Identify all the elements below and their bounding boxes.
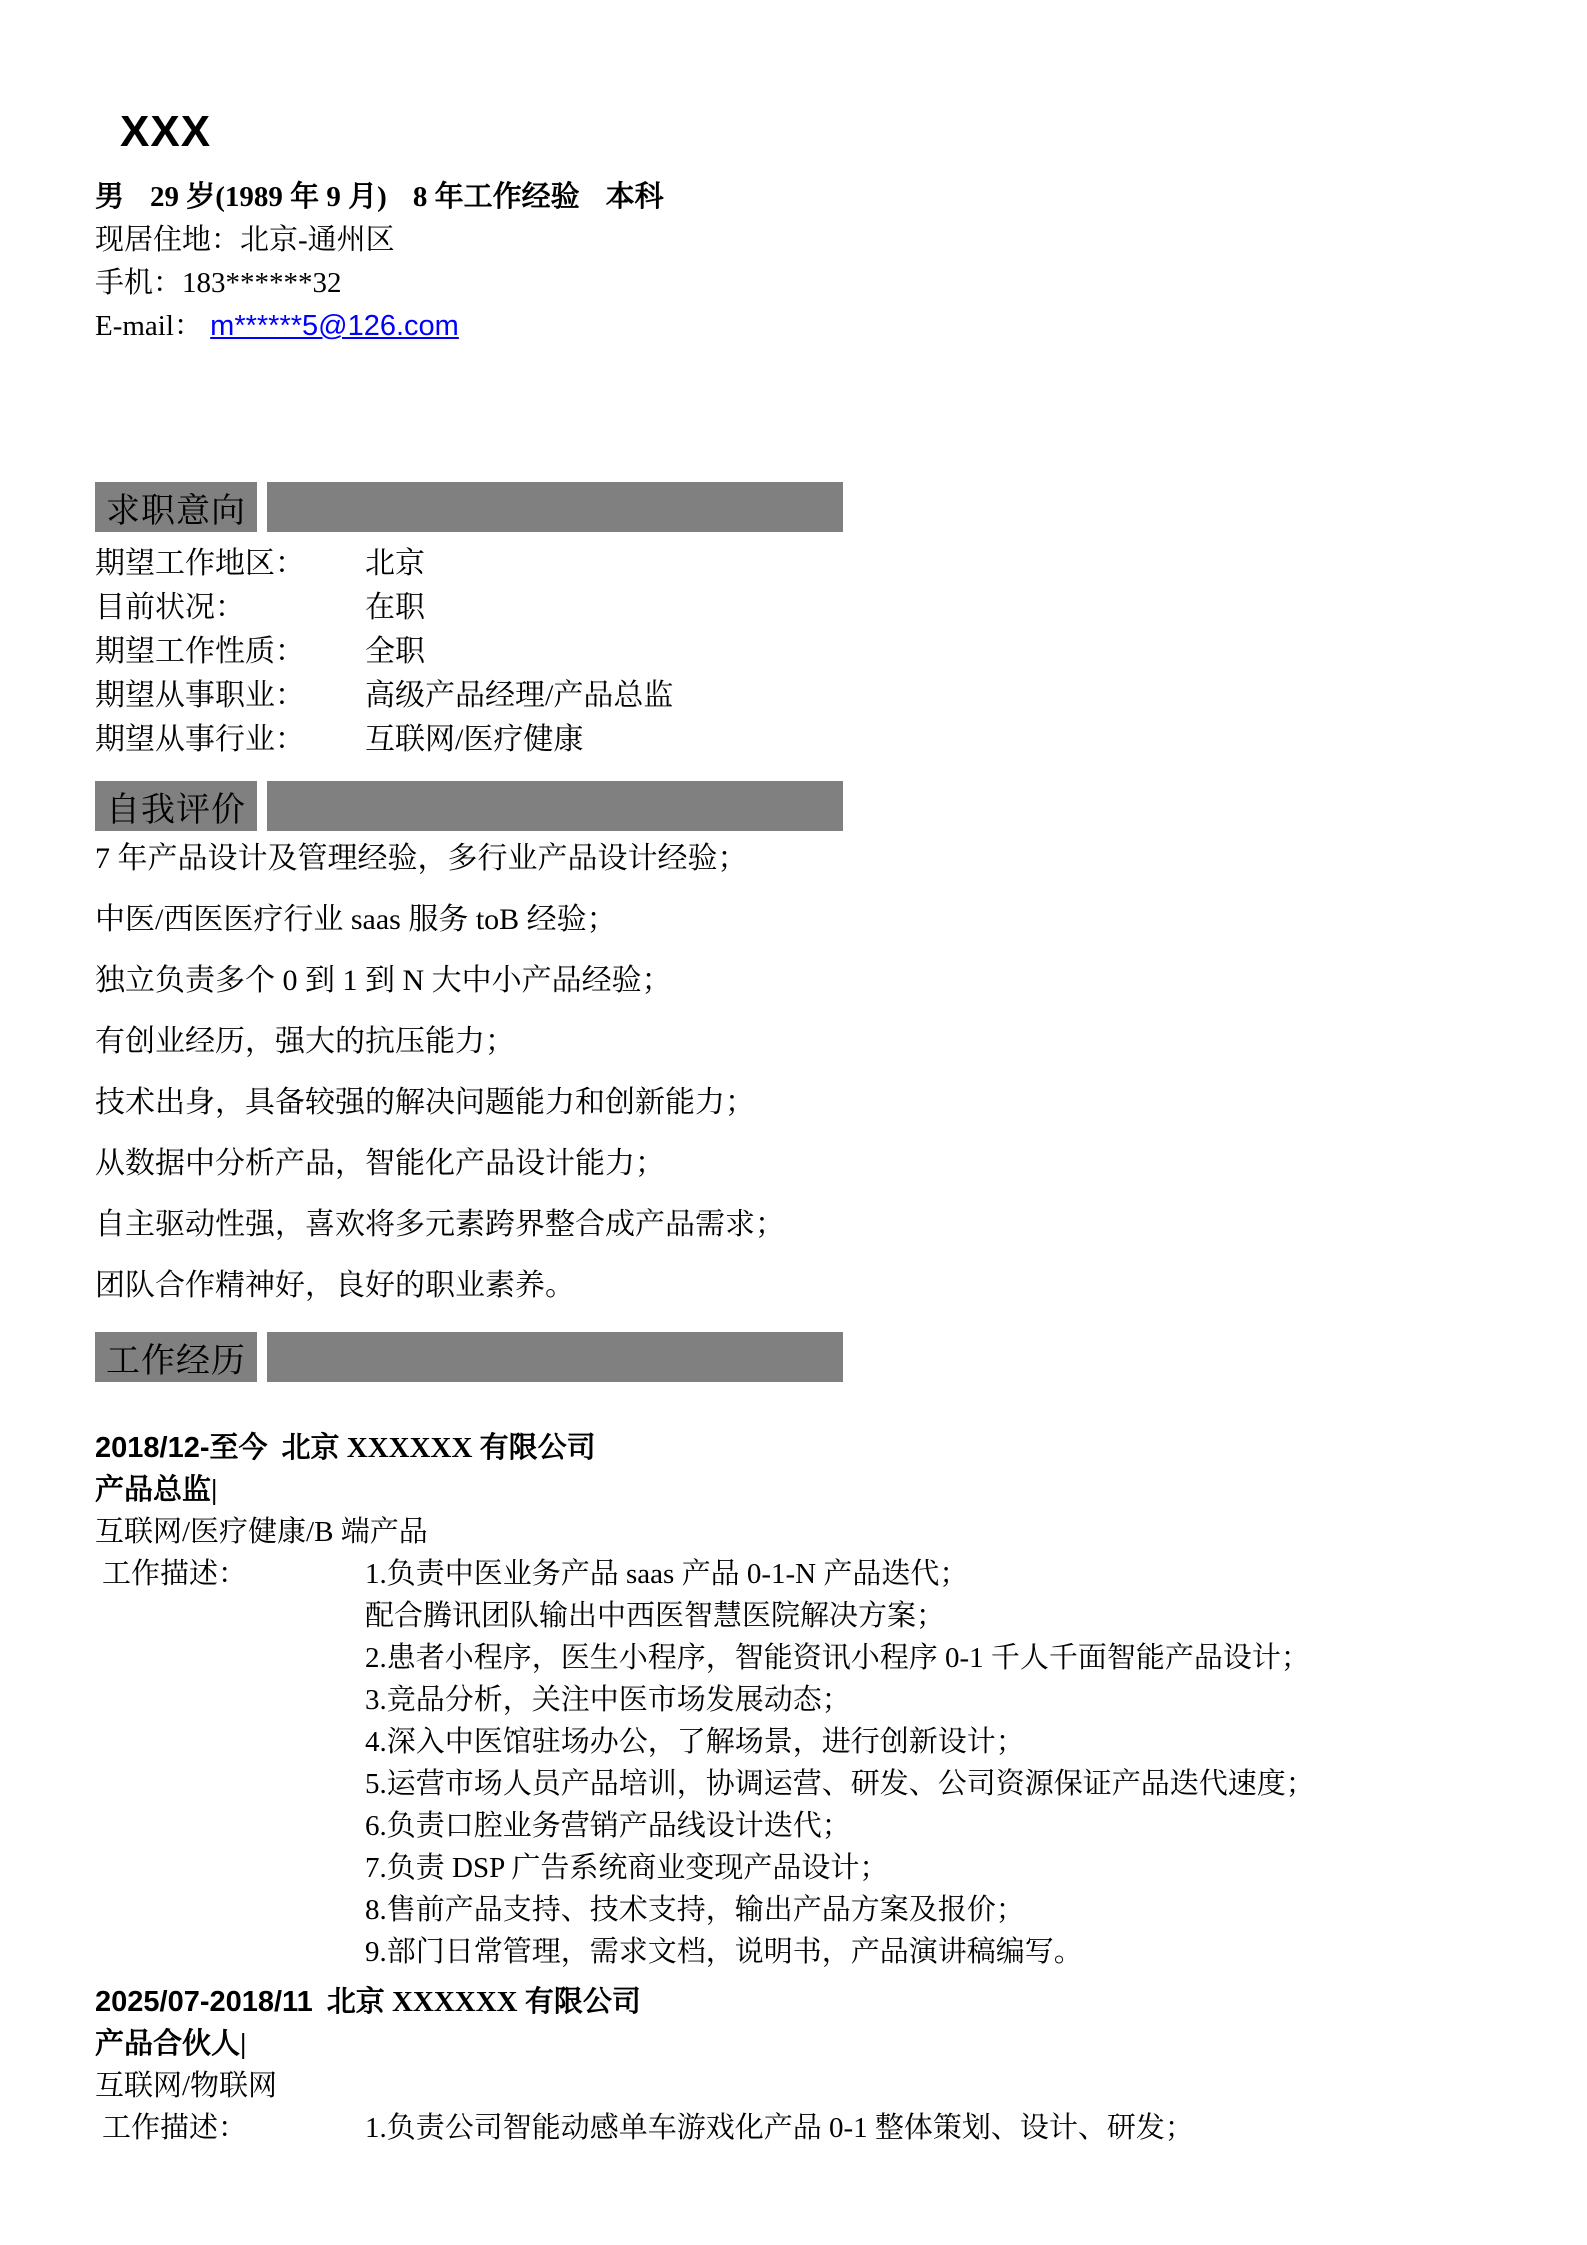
job-description-line: 配合腾讯团队输出中西医智慧医院解决方案；: [365, 1595, 1492, 1637]
job-company: 北京 XXXXXX 有限公司: [327, 1981, 641, 2023]
eval-paragraph: 独立负责多个 0 到 1 到 N 大中小产品经验；: [95, 966, 1492, 996]
intent-label: 期望工作地区：: [95, 542, 365, 586]
section-title-self-evaluation: 自我评价: [95, 781, 257, 831]
job-description-lines: 1.负责中医业务产品 saas 产品 0-1-N 产品迭代； 配合腾讯团队输出中…: [365, 1553, 1492, 1973]
intent-row-status: 目前状况： 在职: [95, 586, 1492, 630]
gender: 男: [95, 176, 124, 219]
eval-paragraph: 技术出身，具备较强的解决问题能力和创新能力；: [95, 1088, 1492, 1118]
intent-row-occupation: 期望从事职业： 高级产品经理/产品总监: [95, 674, 1492, 718]
intent-label: 期望从事职业：: [95, 674, 365, 718]
section-bar-work-experience: [267, 1332, 843, 1382]
job-description-line: 2.患者小程序，医生小程序，智能资讯小程序 0-1 千人千面智能产品设计；: [365, 1637, 1492, 1679]
intent-row-industry: 期望从事行业： 互联网/医疗健康: [95, 718, 1492, 762]
intent-row-job-type: 期望工作性质： 全职: [95, 630, 1492, 674]
candidate-name: XXX: [120, 108, 1492, 156]
intent-label: 期望工作性质：: [95, 630, 365, 674]
residence-line: 现居住地：北京-通州区: [95, 219, 1492, 262]
job-entry-1: 2018/12-至今 北京 XXXXXX 有限公司 产品总监| 互联网/医疗健康…: [95, 1427, 1492, 1973]
job-description-line: 9.部门日常管理，需求文档，说明书，产品演讲稿编写。: [365, 1931, 1492, 1973]
eval-paragraph: 自主驱动性强，喜欢将多元素跨界整合成产品需求；: [95, 1210, 1492, 1240]
job-position: 产品总监|: [95, 1469, 1492, 1511]
intent-value: 高级产品经理/产品总监: [365, 674, 673, 718]
job-description-line: 1.负责公司智能动感单车游戏化产品 0-1 整体策划、设计、研发；: [365, 2107, 1492, 2149]
job-description-line: 1.负责中医业务产品 saas 产品 0-1-N 产品迭代；: [365, 1553, 1492, 1595]
job-description-line: 4.深入中医馆驻场办公，了解场景，进行创新设计；: [365, 1721, 1492, 1763]
section-title-work-experience: 工作经历: [95, 1332, 257, 1382]
job-intent-rows: 期望工作地区： 北京 目前状况： 在职 期望工作性质： 全职 期望从事职业： 高…: [95, 542, 1492, 762]
job-industry: 互联网/物联网: [95, 2065, 1492, 2107]
intent-value: 在职: [365, 586, 425, 630]
eval-paragraph: 团队合作精神好，良好的职业素养。: [95, 1271, 1492, 1301]
experience-years: 8 年工作经验: [413, 176, 580, 219]
job-description-line: 5.运营市场人员产品培训，协调运营、研发、公司资源保证产品迭代速度；: [365, 1763, 1492, 1805]
eval-paragraph: 7 年产品设计及管理经验，多行业产品设计经验；: [95, 844, 1492, 874]
job-date-line: 2025/07-2018/11 北京 XXXXXX 有限公司: [95, 1981, 1492, 2023]
eval-paragraph: 从数据中分析产品，智能化产品设计能力；: [95, 1149, 1492, 1179]
candidate-summary: 男 29 岁(1989 年 9 月) 8 年工作经验 本科: [95, 176, 1492, 219]
intent-value: 全职: [365, 630, 425, 674]
job-description-line: 8.售前产品支持、技术支持，输出产品方案及报价；: [365, 1889, 1492, 1931]
job-period: 2018/12-至今: [95, 1427, 268, 1469]
section-header-work-experience: 工作经历: [95, 1332, 843, 1382]
section-title-job-intent: 求职意向: [95, 482, 257, 532]
eval-paragraph: 有创业经历，强大的抗压能力；: [95, 1027, 1492, 1057]
section-bar-self-evaluation: [267, 781, 843, 831]
intent-label: 目前状况：: [95, 586, 365, 630]
job-description-line: 3.竞品分析，关注中医市场发展动态；: [365, 1679, 1492, 1721]
job-description-row: 工作描述： 1.负责中医业务产品 saas 产品 0-1-N 产品迭代； 配合腾…: [95, 1553, 1492, 1973]
eval-paragraph: 中医/西医医疗行业 saas 服务 toB 经验；: [95, 905, 1492, 935]
intent-value: 北京: [365, 542, 425, 586]
section-header-self-evaluation: 自我评价: [95, 781, 843, 831]
job-description-row: 工作描述： 1.负责公司智能动感单车游戏化产品 0-1 整体策划、设计、研发；: [95, 2107, 1492, 2149]
job-description-lines: 1.负责公司智能动感单车游戏化产品 0-1 整体策划、设计、研发；: [365, 2107, 1492, 2149]
job-description-line: 6.负责口腔业务营销产品线设计迭代；: [365, 1805, 1492, 1847]
self-evaluation-paragraphs: 7 年产品设计及管理经验，多行业产品设计经验； 中医/西医医疗行业 saas 服…: [95, 844, 1492, 1301]
job-description-line: 7.负责 DSP 广告系统商业变现产品设计；: [365, 1847, 1492, 1889]
education-level: 本科: [606, 176, 664, 219]
phone-line: 手机：183******32: [95, 262, 1492, 305]
job-position: 产品合伙人|: [95, 2023, 1492, 2065]
job-date-line: 2018/12-至今 北京 XXXXXX 有限公司: [95, 1427, 1492, 1469]
intent-row-region: 期望工作地区： 北京: [95, 542, 1492, 586]
email-label: E-mail：: [95, 310, 203, 342]
age: 29 岁(1989 年 9 月): [150, 176, 387, 219]
job-industry: 互联网/医疗健康/B 端产品: [95, 1511, 1492, 1553]
job-entry-2: 2025/07-2018/11 北京 XXXXXX 有限公司 产品合伙人| 互联…: [95, 1981, 1492, 2149]
job-description-label: 工作描述：: [95, 1553, 365, 1595]
intent-label: 期望从事行业：: [95, 718, 365, 762]
section-bar-job-intent: [267, 482, 843, 532]
job-period: 2025/07-2018/11: [95, 1981, 313, 2023]
job-company: 北京 XXXXXX 有限公司: [282, 1427, 596, 1469]
email-link[interactable]: m******5@126.com: [210, 310, 459, 342]
email-line: E-mail： m******5@126.com: [95, 305, 1492, 348]
intent-value: 互联网/医疗健康: [365, 718, 583, 762]
section-header-job-intent: 求职意向: [95, 482, 843, 532]
job-description-label: 工作描述：: [95, 2107, 365, 2149]
